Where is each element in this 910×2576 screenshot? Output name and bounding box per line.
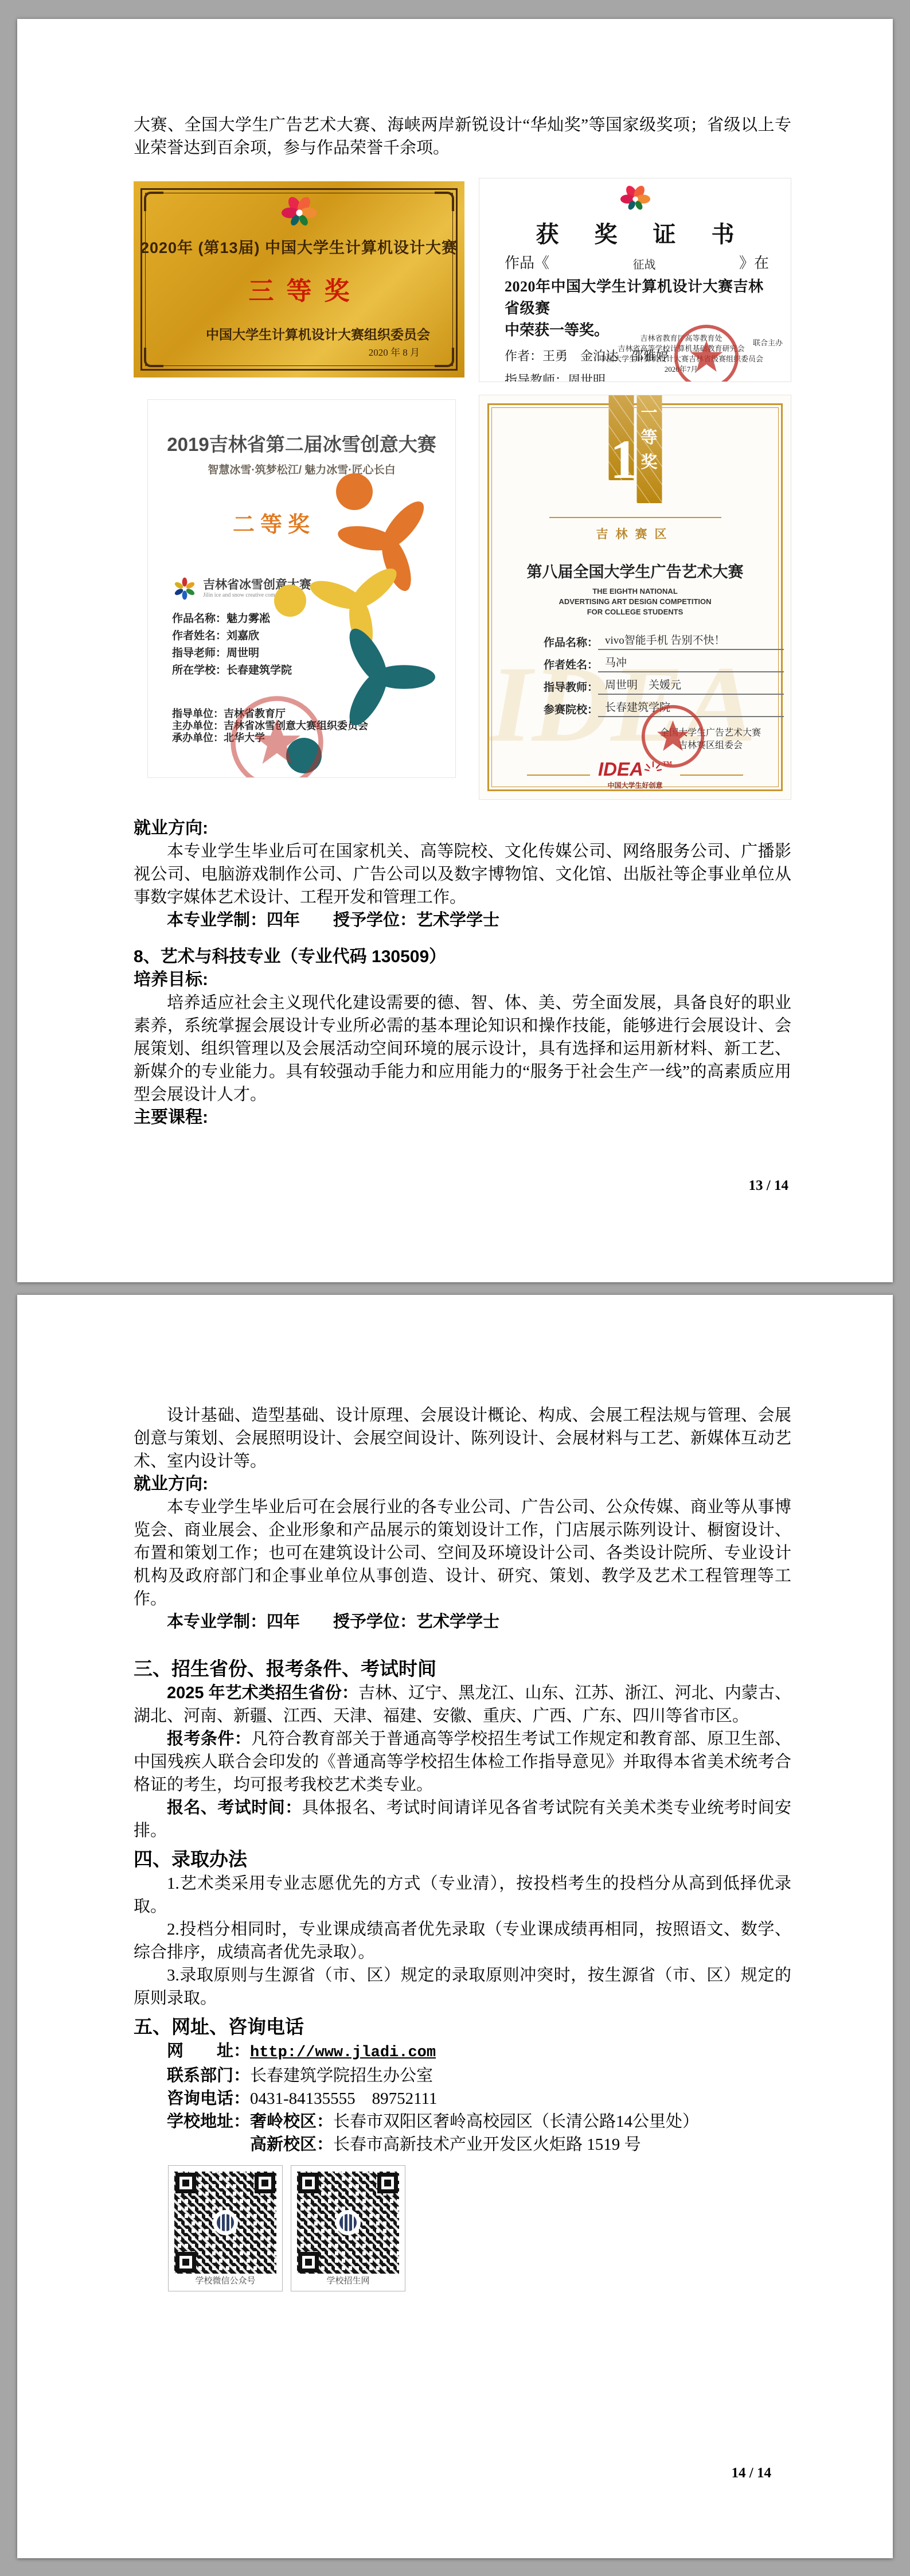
field-row: 指导教师：周世明 关媛元 xyxy=(544,678,791,695)
section-5-heading: 五、网址、咨询电话 xyxy=(134,2014,791,2040)
certificate-title-english: THE EIGHTH NATIONAL ADVERTISING ART DESI… xyxy=(479,586,791,617)
training-goal-paragraph: 培养适应社会主义现代化建设需要的德、智、体、美、劳全面发展，具备良好的职业素养，… xyxy=(134,991,791,1106)
provinces-label: 2025 年艺术类招生省份： xyxy=(167,1684,358,1702)
red-seal-stamp-icon xyxy=(640,703,706,769)
campus-1-label: 奢岭校区： xyxy=(250,2112,333,2131)
field-row: 作品名称：vivo智能手机 告别不快！ xyxy=(544,633,791,650)
section-4-heading: 四、录取办法 xyxy=(134,1847,791,1872)
qr-card-admissions: 学校招生网 xyxy=(291,2165,405,2291)
qr-finder-icon xyxy=(298,2173,319,2193)
conditions-label: 报考条件： xyxy=(167,1730,251,1748)
plaque-corner-ornament xyxy=(435,192,454,211)
page-number: 14 / 14 xyxy=(732,2465,771,2481)
website-link[interactable]: http://www.jladi.com xyxy=(250,2044,436,2061)
document-page-14: 设计基础、造型基础、设计原理、会展设计概论、构成、会展工程法规与管理、会展创意与… xyxy=(17,1295,893,2558)
admission-rule-2: 2.投档分相同时，专业课成绩高者优先录取（专业课成绩再相同，按照语文、数学、综合… xyxy=(134,1918,791,1964)
idea-logo-caption: 中国大学生好创意 xyxy=(598,780,672,790)
duration-degree-line: 本专业学制：四年 授予学位：艺术学学士 xyxy=(167,909,791,932)
website-row: 网 址：http://www.jladi.com xyxy=(167,2040,791,2064)
department-row: 联系部门：长春建筑学院招生办公室 xyxy=(167,2064,791,2087)
qr-finder-icon xyxy=(255,2173,275,2193)
document-page-13: 大赛、全国大学生广告艺术大赛、海峡两岸新锐设计“华灿奖”等国家级奖项；省级以上专… xyxy=(17,19,893,1282)
phone-row: 咨询电话：0431-84135555 89752111 xyxy=(167,2087,791,2110)
qr-code-wechat-image xyxy=(174,2172,276,2274)
certificate-title: 2019吉林省第二届冰雪创意大赛 xyxy=(148,430,455,457)
employment-paragraph: 本专业学生毕业后可在会展行业的各专业公司、广告公司、公众传媒、商业等从事博览会、… xyxy=(134,1496,791,1610)
section-3-heading: 三、招生省份、报考条件、考试时间 xyxy=(134,1656,791,1682)
page-number: 13 / 14 xyxy=(749,1178,788,1194)
ice-snow-certificate-photo: 2019吉林省第二届冰雪创意大赛 智慧冰雪·筑梦松江/ 魅力冰雪·匠心长白 二等… xyxy=(147,399,456,778)
plaque-corner-ornament xyxy=(144,348,163,367)
employment-heading: 就业方向: xyxy=(134,1473,791,1496)
flower-logo-icon xyxy=(620,184,650,214)
qr-finder-icon xyxy=(298,2252,319,2273)
duration-degree-line: 本专业学制：四年 授予学位：艺术学学士 xyxy=(167,1610,791,1633)
address-row-2: 高新校区：长春市高新技术产业开发区火炬路 1519 号 xyxy=(250,2133,791,2156)
qr-card-wechat: 学校微信公众号 xyxy=(168,2165,283,2291)
qr-codes-row: 学校微信公众号 学校招生网 xyxy=(168,2165,791,2291)
intro-paragraph: 大赛、全国大学生广告艺术大赛、海峡两岸新锐设计“华灿奖”等国家级奖项；省级以上专… xyxy=(134,114,791,159)
advertising-art-certificate-photo: IDEA 1 一 等 奖 吉林赛区 第八届全国大学生广告艺术大赛 TH xyxy=(479,395,791,800)
competition-line: 2020年中国大学生计算机设计大赛吉林省级赛 xyxy=(505,276,769,320)
department-label: 联系部门： xyxy=(167,2067,250,2085)
qr-finder-icon xyxy=(377,2173,398,2193)
joint-host-label: 联合主办 xyxy=(753,338,783,348)
gold-rule xyxy=(527,775,590,776)
phone-label: 咨询电话： xyxy=(167,2089,250,2108)
qr-caption: 学校招生网 xyxy=(297,2274,399,2289)
school-emblem-icon xyxy=(213,2210,238,2235)
address-row-1: 学校地址：奢岭校区：长春市双阳区奢岭高校园区（长清公路14公里处） xyxy=(167,2110,791,2133)
gold-rule xyxy=(680,775,743,776)
qr-code-admissions-image xyxy=(297,2172,399,2274)
idea-logo-footer: IDEA TM xyxy=(479,760,791,790)
red-seal-stamp-icon xyxy=(228,694,326,778)
red-seal-stamp-icon xyxy=(673,323,740,382)
idea-logo-text: IDEA xyxy=(598,760,643,779)
region-label: 吉林赛区 xyxy=(479,517,791,542)
qr-finder-icon xyxy=(175,2252,196,2273)
courses-paragraph: 设计基础、造型基础、设计原理、会展设计概论、构成、会展工程法规与管理、会展创意与… xyxy=(134,1404,791,1473)
provinces-paragraph: 2025 年艺术类招生省份：吉林、辽宁、黑龙江、山东、江苏、浙江、河北、内蒙古、… xyxy=(134,1682,791,1727)
exam-time-paragraph: 报名、考试时间：具体报名、考试时间请详见各省考试院有关美术类专业统考时间安排。 xyxy=(134,1796,791,1842)
plaque-corner-ornament xyxy=(435,348,454,367)
computer-design-plaque-photo: 2020年 (第13届) 中国大学生计算机设计大赛 三等奖 中国大学生计算机设计… xyxy=(134,181,464,378)
award-certificates-grid: 2020年 (第13届) 中国大学生计算机设计大赛 三等奖 中国大学生计算机设计… xyxy=(134,181,791,800)
qr-caption: 学校微信公众号 xyxy=(174,2274,276,2289)
first-prize-badge: 1 一 等 奖 xyxy=(608,395,662,503)
certificate-title: 第八届全国大学生广告艺术大赛 xyxy=(479,559,791,582)
website-label: 网 址： xyxy=(167,2042,250,2060)
work-title: 征战 xyxy=(633,254,656,276)
work-title-line: 作品《 征战 》在 xyxy=(505,252,769,276)
courses-heading: 主要课程: xyxy=(134,1106,791,1129)
snowflake-logo-icon xyxy=(172,576,197,601)
address-label: 学校地址： xyxy=(167,2112,250,2131)
admission-rule-3: 3.录取原则与生源省（市、区）规定的录取原则冲突时，按生源省（市、区）规定的原则… xyxy=(134,1964,791,2010)
admission-rule-1: 1.艺术类采用专业志愿优先的方式（专业清），按投档考生的投档分从高到低择优录取。 xyxy=(134,1872,791,1918)
plaque-corner-ornament xyxy=(144,192,163,211)
work-prefix: 作品《 xyxy=(505,252,549,274)
plaque-frame xyxy=(140,188,458,371)
badge-text-column: 一 等 奖 xyxy=(636,395,662,503)
certificate-title: 获 奖 证 书 xyxy=(479,216,791,249)
major-8-heading: 8、艺术与科技专业（专业代码 130509） xyxy=(134,945,791,968)
school-emblem-icon xyxy=(335,2210,361,2235)
conditions-paragraph: 报考条件：凡符合教育部关于普通高等学校招生考试工作规定和教育部、原卫生部、中国残… xyxy=(134,1727,791,1796)
employment-heading: 就业方向: xyxy=(134,817,791,840)
qr-finder-icon xyxy=(175,2173,196,2193)
employment-paragraph: 本专业学生毕业后可在国家机关、高等院校、文化传媒公司、网络服务公司、广播影视公司… xyxy=(134,840,791,909)
field-row: 作者姓名：马冲 xyxy=(544,656,791,672)
badge-number: 1 xyxy=(610,432,634,480)
document-viewer: { "colors": { "page_background": "#a6a6a… xyxy=(0,0,910,2576)
work-suffix: 》在 xyxy=(739,252,769,274)
campus-2-label: 高新校区： xyxy=(250,2135,333,2154)
badge-number-column: 1 xyxy=(608,395,634,480)
certificate-fields: 作品名称：vivo智能手机 告别不快！ 作者姓名：马冲 指导教师：周世明 关媛元… xyxy=(479,633,791,717)
computer-design-certificate-photo: 获 奖 证 书 作品《 征战 》在 2020年中国大学生计算机设计大赛吉林省级赛… xyxy=(479,178,791,382)
exam-time-label: 报名、考试时间： xyxy=(167,1799,302,1817)
training-goal-heading: 培养目标: xyxy=(134,968,791,991)
